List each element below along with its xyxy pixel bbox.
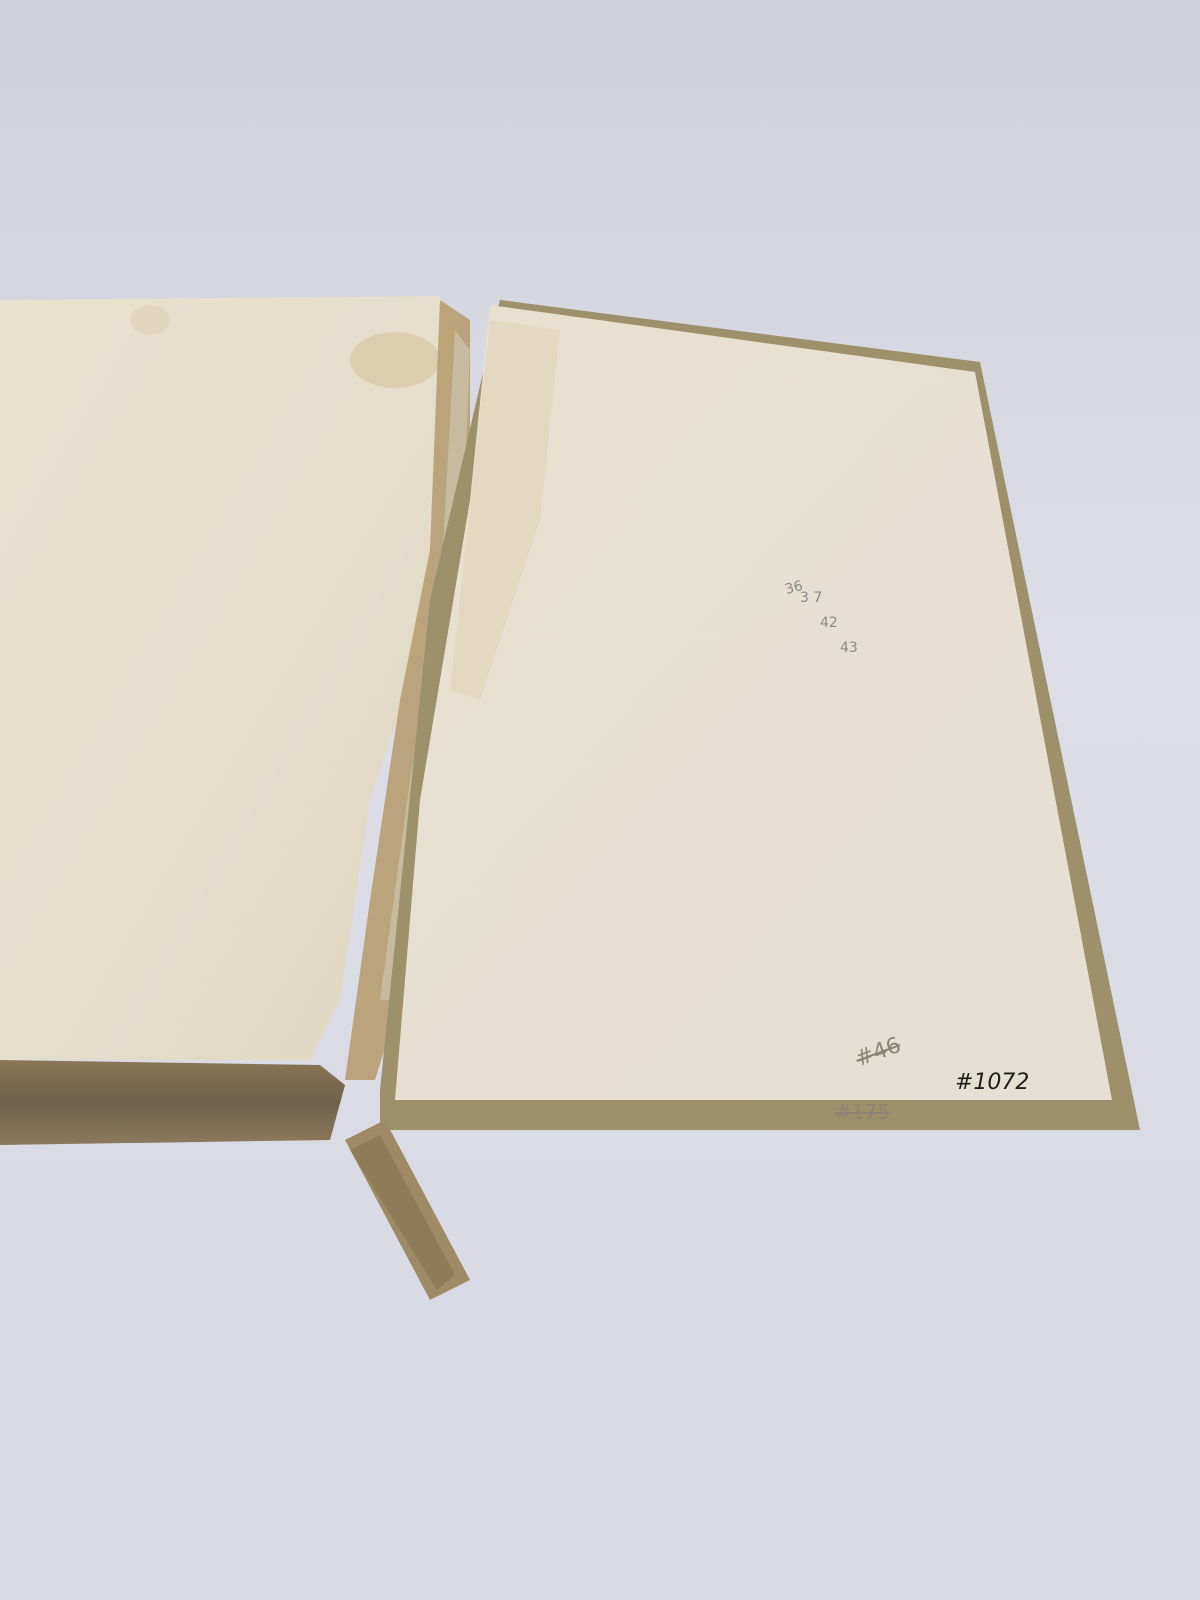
inventory-number: #1072 (955, 1070, 1029, 1095)
struck-mark-lower: #175 (835, 1100, 890, 1124)
page-block-edges (0, 1060, 345, 1145)
pencil-note-2: 3 7 (800, 590, 822, 606)
book-illustration (0, 0, 1200, 1600)
photo-scene: 36 3 7 42 43 #46 #1072 #175 (0, 0, 1200, 1600)
pencil-note-3: 42 (820, 615, 838, 631)
pencil-note-4: 43 (840, 640, 858, 656)
